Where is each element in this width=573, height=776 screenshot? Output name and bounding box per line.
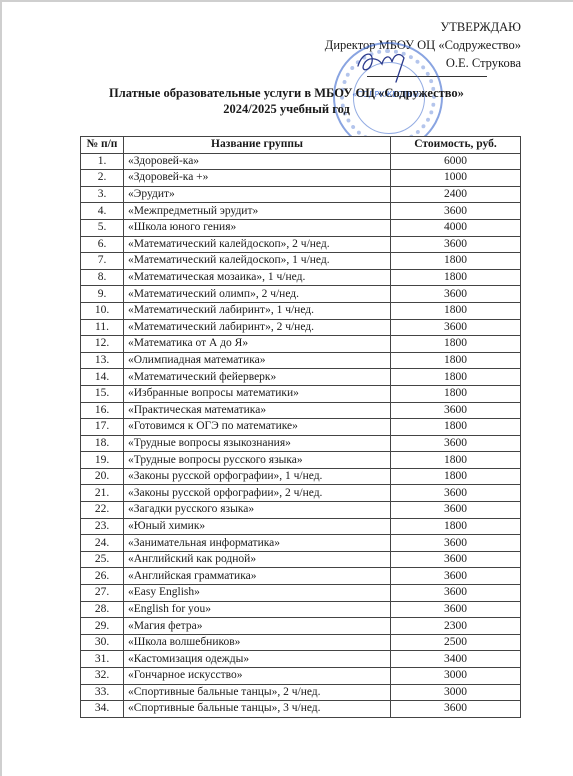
table-row: 30.«Школа волшебников»2500 xyxy=(81,634,521,651)
group-cost: 3600 xyxy=(391,568,521,585)
group-cost: 1800 xyxy=(391,269,521,286)
group-cost: 1800 xyxy=(391,518,521,535)
table-row: 27.«Easy English»3600 xyxy=(81,585,521,602)
group-cost: 6000 xyxy=(391,153,521,170)
header-num: № п/п xyxy=(81,137,124,154)
table-row: 13.«Олимпиадная математика»1800 xyxy=(81,352,521,369)
group-name: «Easy English» xyxy=(124,585,391,602)
group-name: «Здоровей-ка» xyxy=(124,153,391,170)
row-number: 19. xyxy=(81,452,124,469)
group-cost: 3600 xyxy=(391,435,521,452)
group-cost: 1800 xyxy=(391,352,521,369)
table-row: 11.«Математический лабиринт», 2 ч/нед.36… xyxy=(81,319,521,336)
table-body: 1.«Здоровей-ка»60002.«Здоровей-ка +»1000… xyxy=(81,153,521,717)
group-name: «Олимпиадная математика» xyxy=(124,352,391,369)
table-row: 32.«Гончарное искусство»3000 xyxy=(81,668,521,685)
group-name: «Здоровей-ка +» xyxy=(124,170,391,187)
row-number: 13. xyxy=(81,352,124,369)
group-cost: 1000 xyxy=(391,170,521,187)
group-cost: 3600 xyxy=(391,402,521,419)
table-header-row: № п/п Название группы Стоимость, руб. xyxy=(81,137,521,154)
group-name: «Математический лабиринт», 2 ч/нед. xyxy=(124,319,391,336)
group-cost: 1800 xyxy=(391,452,521,469)
group-cost: 1800 xyxy=(391,336,521,353)
group-cost: 1800 xyxy=(391,419,521,436)
row-number: 7. xyxy=(81,253,124,270)
row-number: 11. xyxy=(81,319,124,336)
group-cost: 1800 xyxy=(391,385,521,402)
table-row: 6.«Математический калейдоскоп», 2 ч/нед.… xyxy=(81,236,521,253)
group-cost: 3600 xyxy=(391,319,521,336)
group-name: «Законы русской орфографии», 1 ч/нед. xyxy=(124,468,391,485)
table-row: 17.«Готовимся к ОГЭ по математике»1800 xyxy=(81,419,521,436)
table-row: 15.«Избранные вопросы математики»1800 xyxy=(81,385,521,402)
approval-position: Директор МБОУ ОЦ «Содружество» xyxy=(325,36,521,54)
table-row: 18.«Трудные вопросы языкознания»3600 xyxy=(81,435,521,452)
group-name: «Юный химик» xyxy=(124,518,391,535)
group-cost: 3600 xyxy=(391,535,521,552)
row-number: 29. xyxy=(81,618,124,635)
group-name: «Занимательная информатика» xyxy=(124,535,391,552)
group-cost: 3600 xyxy=(391,236,521,253)
row-number: 25. xyxy=(81,551,124,568)
group-cost: 3400 xyxy=(391,651,521,668)
approval-block: УТВЕРЖДАЮ Директор МБОУ ОЦ «Содружество»… xyxy=(325,18,521,72)
group-cost: 1800 xyxy=(391,369,521,386)
group-cost: 3600 xyxy=(391,601,521,618)
row-number: 33. xyxy=(81,684,124,701)
table-row: 5.«Школа юного гения»4000 xyxy=(81,219,521,236)
row-number: 1. xyxy=(81,153,124,170)
group-cost: 3600 xyxy=(391,286,521,303)
group-cost: 3600 xyxy=(391,551,521,568)
group-cost: 3000 xyxy=(391,684,521,701)
row-number: 4. xyxy=(81,203,124,220)
table-row: 8.«Математическая мозаика», 1 ч/нед.1800 xyxy=(81,269,521,286)
group-cost: 3600 xyxy=(391,585,521,602)
group-name: «Межпредметный эрудит» xyxy=(124,203,391,220)
signature-line xyxy=(367,76,487,77)
row-number: 24. xyxy=(81,535,124,552)
row-number: 15. xyxy=(81,385,124,402)
table-row: 24.«Занимательная информатика»3600 xyxy=(81,535,521,552)
group-name: «Английская грамматика» xyxy=(124,568,391,585)
group-name: «Спортивные бальные танцы», 3 ч/нед. xyxy=(124,701,391,718)
group-name: «Избранные вопросы математики» xyxy=(124,385,391,402)
table-row: 2.«Здоровей-ка +»1000 xyxy=(81,170,521,187)
group-name: «Математический калейдоскоп», 1 ч/нед. xyxy=(124,253,391,270)
table-row: 12.«Математика от А до Я»1800 xyxy=(81,336,521,353)
group-name: «Трудные вопросы русского языка» xyxy=(124,452,391,469)
group-name: «Математический калейдоскоп», 2 ч/нед. xyxy=(124,236,391,253)
group-cost: 2300 xyxy=(391,618,521,635)
row-number: 2. xyxy=(81,170,124,187)
row-number: 26. xyxy=(81,568,124,585)
row-number: 18. xyxy=(81,435,124,452)
group-name: «Загадки русского языка» xyxy=(124,502,391,519)
group-cost: 4000 xyxy=(391,219,521,236)
header-cost: Стоимость, руб. xyxy=(391,137,521,154)
row-number: 17. xyxy=(81,419,124,436)
group-cost: 3600 xyxy=(391,203,521,220)
group-name: «English for you» xyxy=(124,601,391,618)
table-row: 21.«Законы русской орфографии», 2 ч/нед.… xyxy=(81,485,521,502)
table-row: 28.«English for you»3600 xyxy=(81,601,521,618)
group-name: «Школа юного гения» xyxy=(124,219,391,236)
row-number: 3. xyxy=(81,186,124,203)
table-row: 14.«Математический фейерверк»1800 xyxy=(81,369,521,386)
table-row: 19.«Трудные вопросы русского языка»1800 xyxy=(81,452,521,469)
group-name: «Законы русской орфографии», 2 ч/нед. xyxy=(124,485,391,502)
group-cost: 1800 xyxy=(391,468,521,485)
group-name: «Гончарное искусство» xyxy=(124,668,391,685)
row-number: 8. xyxy=(81,269,124,286)
row-number: 34. xyxy=(81,701,124,718)
row-number: 5. xyxy=(81,219,124,236)
table-row: 34.«Спортивные бальные танцы», 3 ч/нед.3… xyxy=(81,701,521,718)
row-number: 12. xyxy=(81,336,124,353)
table-row: 1.«Здоровей-ка»6000 xyxy=(81,153,521,170)
services-table: № п/п Название группы Стоимость, руб. 1.… xyxy=(80,136,521,718)
table-row: 25.«Английский как родной»3600 xyxy=(81,551,521,568)
group-name: «Практическая математика» xyxy=(124,402,391,419)
row-number: 28. xyxy=(81,601,124,618)
group-cost: 2400 xyxy=(391,186,521,203)
group-name: «Кастомизация одежды» xyxy=(124,651,391,668)
table-row: 4.«Межпредметный эрудит»3600 xyxy=(81,203,521,220)
row-number: 30. xyxy=(81,634,124,651)
table-row: 20.«Законы русской орфографии», 1 ч/нед.… xyxy=(81,468,521,485)
group-cost: 1800 xyxy=(391,302,521,319)
title-line-2: 2024/2025 учебный год xyxy=(0,101,573,117)
row-number: 10. xyxy=(81,302,124,319)
row-number: 32. xyxy=(81,668,124,685)
table-row: 9.«Математический олимп», 2 ч/нед.3600 xyxy=(81,286,521,303)
table-row: 7.«Математический калейдоскоп», 1 ч/нед.… xyxy=(81,253,521,270)
group-name: «Школа волшебников» xyxy=(124,634,391,651)
table-row: 16.«Практическая математика»3600 xyxy=(81,402,521,419)
table-row: 33.«Спортивные бальные танцы», 2 ч/нед.3… xyxy=(81,684,521,701)
table-row: 29.«Магия фетра»2300 xyxy=(81,618,521,635)
group-name: «Трудные вопросы языкознания» xyxy=(124,435,391,452)
row-number: 23. xyxy=(81,518,124,535)
row-number: 20. xyxy=(81,468,124,485)
group-cost: 3600 xyxy=(391,701,521,718)
approval-heading: УТВЕРЖДАЮ xyxy=(325,18,521,36)
group-cost: 3600 xyxy=(391,502,521,519)
group-cost: 1800 xyxy=(391,253,521,270)
row-number: 16. xyxy=(81,402,124,419)
row-number: 14. xyxy=(81,369,124,386)
group-name: «Математический лабиринт», 1 ч/нед. xyxy=(124,302,391,319)
group-cost: 2500 xyxy=(391,634,521,651)
group-cost: 3000 xyxy=(391,668,521,685)
group-name: «Спортивные бальные танцы», 2 ч/нед. xyxy=(124,684,391,701)
table-row: 31.«Кастомизация одежды»3400 xyxy=(81,651,521,668)
row-number: 22. xyxy=(81,502,124,519)
group-name: «Математический фейерверк» xyxy=(124,369,391,386)
group-name: «Магия фетра» xyxy=(124,618,391,635)
table-row: 23.«Юный химик»1800 xyxy=(81,518,521,535)
row-number: 21. xyxy=(81,485,124,502)
approval-signatory: О.Е. Струкова xyxy=(325,54,521,72)
group-name: «Математика от А до Я» xyxy=(124,336,391,353)
group-cost: 3600 xyxy=(391,485,521,502)
table-row: 10.«Математический лабиринт», 1 ч/нед.18… xyxy=(81,302,521,319)
group-name: «Математический олимп», 2 ч/нед. xyxy=(124,286,391,303)
group-name: «Готовимся к ОГЭ по математике» xyxy=(124,419,391,436)
group-name: «Английский как родной» xyxy=(124,551,391,568)
table-row: 22.«Загадки русского языка»3600 xyxy=(81,502,521,519)
group-name: «Эрудит» xyxy=(124,186,391,203)
row-number: 9. xyxy=(81,286,124,303)
document-title: Платные образовательные услуги в МБОУ ОЦ… xyxy=(0,85,573,117)
row-number: 31. xyxy=(81,651,124,668)
table-row: 26.«Английская грамматика»3600 xyxy=(81,568,521,585)
header-name: Название группы xyxy=(124,137,391,154)
group-name: «Математическая мозаика», 1 ч/нед. xyxy=(124,269,391,286)
row-number: 6. xyxy=(81,236,124,253)
title-line-1: Платные образовательные услуги в МБОУ ОЦ… xyxy=(0,85,573,101)
table-row: 3.«Эрудит»2400 xyxy=(81,186,521,203)
row-number: 27. xyxy=(81,585,124,602)
